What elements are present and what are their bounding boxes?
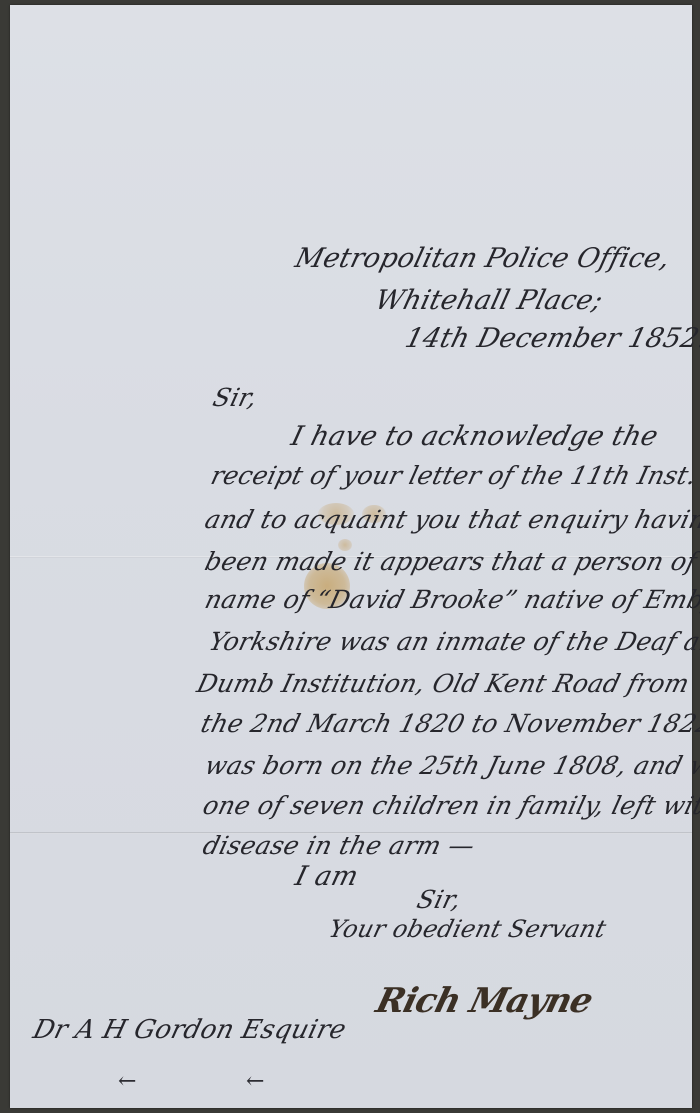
underline-mark-left: ← bbox=[118, 1069, 136, 1094]
addressee: Dr A H Gordon Esquire bbox=[30, 1015, 349, 1045]
body-line-6: Yorkshire was an inmate of the Deaf and bbox=[206, 627, 700, 656]
header-office: Metropolitan Police Office, bbox=[292, 243, 673, 274]
body-line-3: and to acquaint you that enquiry having bbox=[202, 505, 700, 534]
body-line-2: receipt of your letter of the 11th Inst. bbox=[208, 461, 700, 490]
salutation: Sir, bbox=[210, 383, 260, 412]
closing-i-am: I am bbox=[292, 861, 361, 892]
body-line-5: name of “David Brooke” native of Emby in bbox=[202, 585, 700, 614]
header-place: Whitehall Place; bbox=[372, 285, 606, 316]
closing-servant: Your obedient Servant bbox=[326, 915, 609, 943]
body-line-10: one of seven children in family, left wi… bbox=[200, 791, 700, 820]
body-line-11: disease in the arm — bbox=[200, 831, 478, 860]
signature: Rich Mayne bbox=[372, 981, 596, 1021]
body-line-4: been made it appears that a person of th… bbox=[202, 547, 700, 576]
closing-sir: Sir, bbox=[414, 885, 464, 914]
body-line-7: Dumb Institution, Old Kent Road from bbox=[194, 669, 692, 698]
body-line-8: the 2nd March 1820 to November 1822. he bbox=[198, 709, 700, 738]
header-date: 14th December 1852. bbox=[402, 323, 700, 354]
body-line-1: I have to acknowledge the bbox=[288, 421, 661, 452]
letter-paper: Metropolitan Police Office, Whitehall Pl… bbox=[10, 5, 692, 1108]
body-line-9: was born on the 25th June 1808, and was bbox=[202, 751, 700, 780]
underline-mark-right: ← bbox=[246, 1069, 264, 1094]
